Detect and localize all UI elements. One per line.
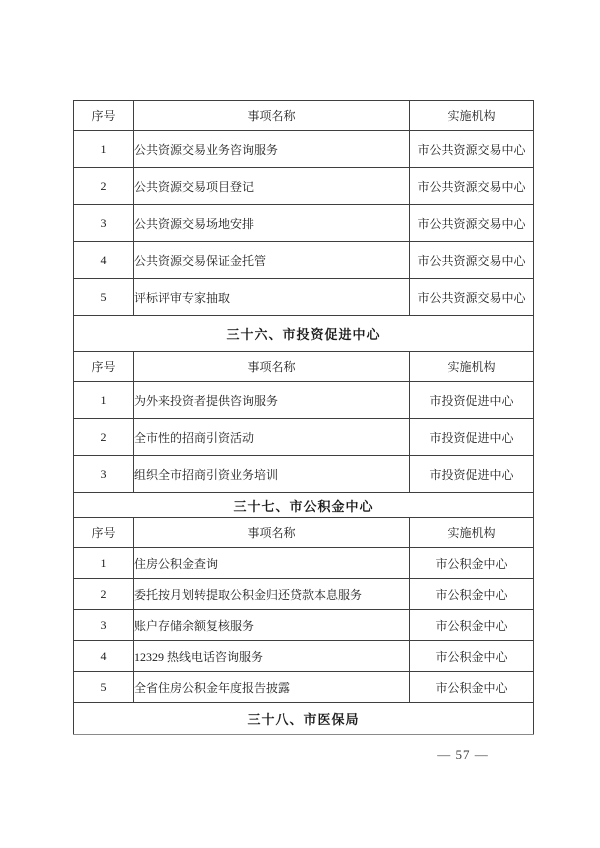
table-row: 4 12329 热线电话咨询服务 市公积金中心 — [74, 641, 534, 672]
cell-agency: 市公积金中心 — [410, 672, 534, 703]
service-items-table-container: 序号 事项名称 实施机构 1 公共资源交易业务咨询服务 市公共资源交易中心 2 … — [73, 100, 533, 735]
cell-agency: 市公积金中心 — [410, 579, 534, 610]
cell-serial: 2 — [74, 579, 134, 610]
header-serial: 序号 — [74, 518, 134, 548]
table-row: 1 为外来投资者提供咨询服务 市投资促进中心 — [74, 382, 534, 419]
cell-item-name: 住房公积金查询 — [134, 548, 410, 579]
cell-serial: 2 — [74, 419, 134, 456]
header-agency: 实施机构 — [410, 101, 534, 131]
header-agency: 实施机构 — [410, 352, 534, 382]
cell-serial: 3 — [74, 456, 134, 493]
cell-serial: 1 — [74, 548, 134, 579]
cell-agency: 市公共资源交易中心 — [410, 279, 534, 316]
cell-agency: 市公积金中心 — [410, 641, 534, 672]
cell-agency: 市公积金中心 — [410, 548, 534, 579]
header-agency: 实施机构 — [410, 518, 534, 548]
cell-agency: 市公共资源交易中心 — [410, 131, 534, 168]
cell-serial: 1 — [74, 131, 134, 168]
document-page: 序号 事项名称 实施机构 1 公共资源交易业务咨询服务 市公共资源交易中心 2 … — [0, 0, 600, 848]
section-title-row: 三十六、市投资促进中心 — [74, 316, 534, 352]
cell-serial: 1 — [74, 382, 134, 419]
cell-serial: 5 — [74, 672, 134, 703]
table-row: 3 账户存储余额复核服务 市公积金中心 — [74, 610, 534, 641]
table-row: 5 全省住房公积金年度报告披露 市公积金中心 — [74, 672, 534, 703]
header-serial: 序号 — [74, 101, 134, 131]
section-title-38: 三十八、市医保局 — [74, 703, 534, 735]
table-row: 4 公共资源交易保证金托管 市公共资源交易中心 — [74, 242, 534, 279]
cell-item-name: 全省住房公积金年度报告披露 — [134, 672, 410, 703]
table-header-row: 序号 事项名称 实施机构 — [74, 518, 534, 548]
cell-item-name: 账户存储余额复核服务 — [134, 610, 410, 641]
cell-item-name: 组织全市招商引资业务培训 — [134, 456, 410, 493]
cell-serial: 4 — [74, 641, 134, 672]
cell-item-name: 委托按月划转提取公积金归还贷款本息服务 — [134, 579, 410, 610]
cell-item-name: 公共资源交易保证金托管 — [134, 242, 410, 279]
table-row: 2 全市性的招商引资活动 市投资促进中心 — [74, 419, 534, 456]
table-header-row: 序号 事项名称 实施机构 — [74, 352, 534, 382]
cell-agency: 市投资促进中心 — [410, 456, 534, 493]
header-serial: 序号 — [74, 352, 134, 382]
page-number: — 57 — — [428, 747, 498, 763]
table-row: 5 评标评审专家抽取 市公共资源交易中心 — [74, 279, 534, 316]
cell-item-name: 12329 热线电话咨询服务 — [134, 641, 410, 672]
section-title-36: 三十六、市投资促进中心 — [74, 316, 534, 352]
cell-serial: 2 — [74, 168, 134, 205]
cell-item-name: 评标评审专家抽取 — [134, 279, 410, 316]
cell-agency: 市公共资源交易中心 — [410, 242, 534, 279]
cell-item-name: 公共资源交易业务咨询服务 — [134, 131, 410, 168]
table-row: 2 公共资源交易项目登记 市公共资源交易中心 — [74, 168, 534, 205]
section-title-row: 三十八、市医保局 — [74, 703, 534, 735]
table-row: 1 住房公积金查询 市公积金中心 — [74, 548, 534, 579]
cell-item-name: 为外来投资者提供咨询服务 — [134, 382, 410, 419]
table-header-row: 序号 事项名称 实施机构 — [74, 101, 534, 131]
cell-serial: 5 — [74, 279, 134, 316]
header-item-name: 事项名称 — [134, 101, 410, 131]
table-row: 3 组织全市招商引资业务培训 市投资促进中心 — [74, 456, 534, 493]
section-title-row: 三十七、市公积金中心 — [74, 493, 534, 518]
cell-item-name: 公共资源交易场地安排 — [134, 205, 410, 242]
cell-serial: 3 — [74, 205, 134, 242]
table-row: 1 公共资源交易业务咨询服务 市公共资源交易中心 — [74, 131, 534, 168]
cell-item-name: 全市性的招商引资活动 — [134, 419, 410, 456]
table-row: 2 委托按月划转提取公积金归还贷款本息服务 市公积金中心 — [74, 579, 534, 610]
table-row: 3 公共资源交易场地安排 市公共资源交易中心 — [74, 205, 534, 242]
section-title-37: 三十七、市公积金中心 — [74, 493, 534, 518]
cell-agency: 市公积金中心 — [410, 610, 534, 641]
header-item-name: 事项名称 — [134, 518, 410, 548]
cell-serial: 3 — [74, 610, 134, 641]
service-items-table: 序号 事项名称 实施机构 1 公共资源交易业务咨询服务 市公共资源交易中心 2 … — [73, 100, 534, 735]
cell-agency: 市公共资源交易中心 — [410, 205, 534, 242]
cell-item-name: 公共资源交易项目登记 — [134, 168, 410, 205]
cell-agency: 市投资促进中心 — [410, 419, 534, 456]
header-item-name: 事项名称 — [134, 352, 410, 382]
cell-serial: 4 — [74, 242, 134, 279]
cell-agency: 市公共资源交易中心 — [410, 168, 534, 205]
cell-agency: 市投资促进中心 — [410, 382, 534, 419]
